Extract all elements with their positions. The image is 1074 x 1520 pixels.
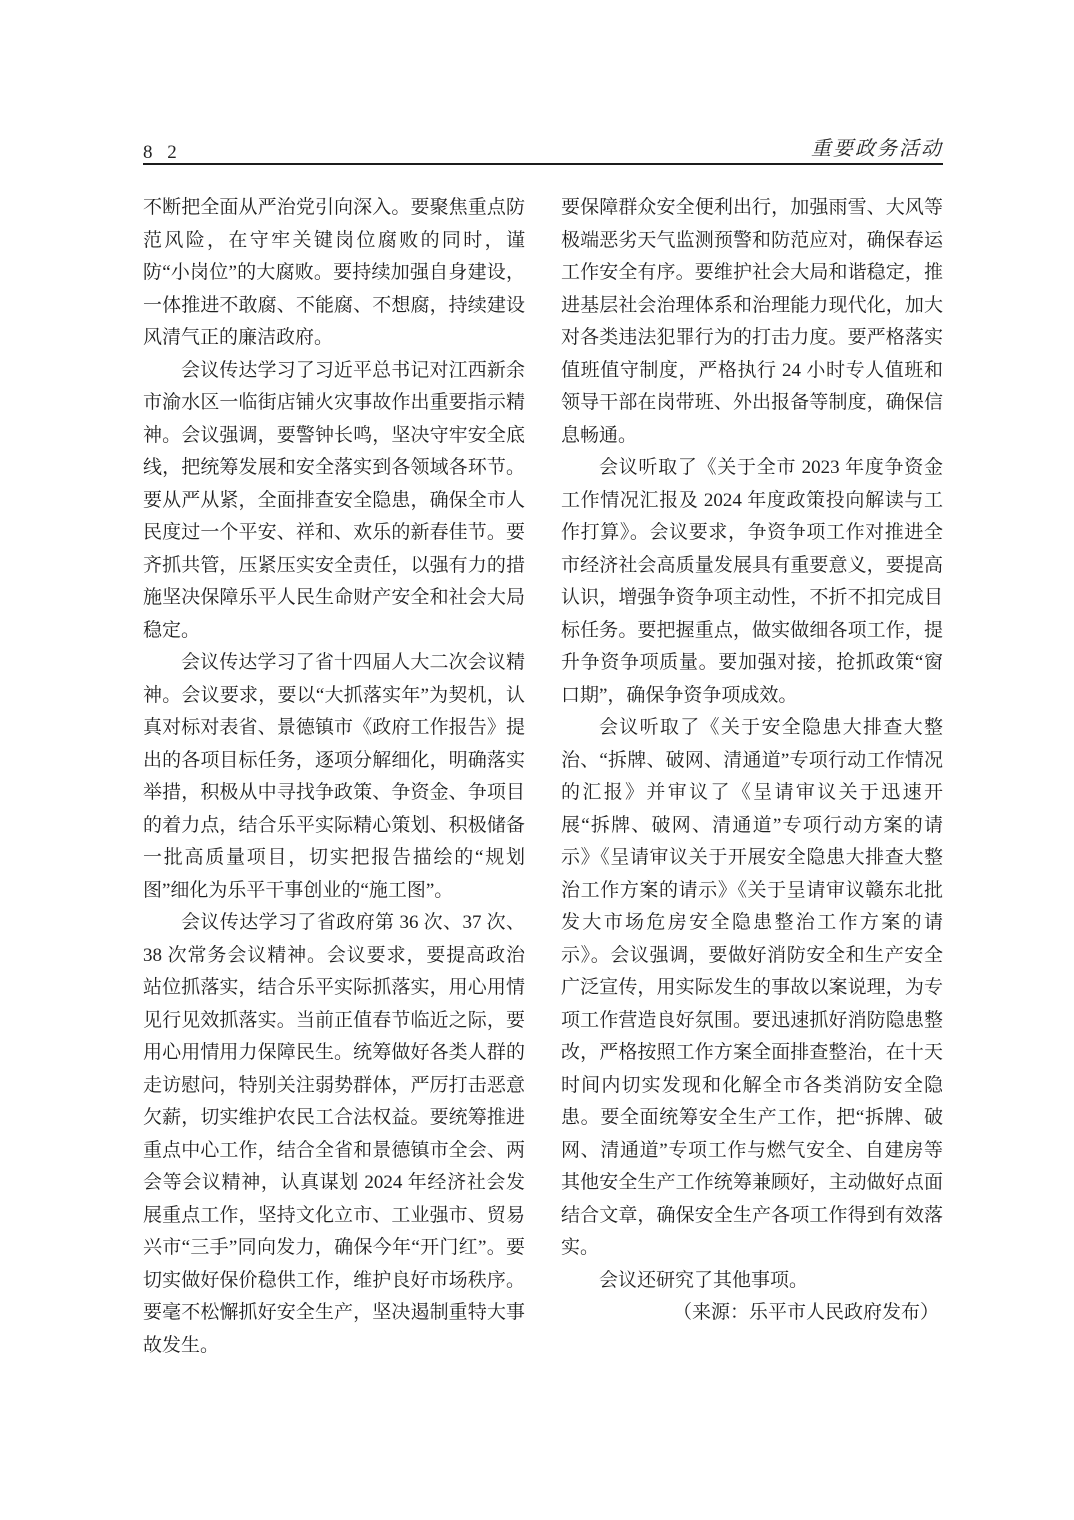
paragraph: 会议传达学习了省十四届人大二次会议精神。会议要求，要以“大抓落实年”为契机，认真… <box>143 647 525 907</box>
document-page: 8 2 重要政务活动 不断把全面从严治党引向深入。要聚焦重点防范风险，在守牢关键… <box>0 0 1074 1520</box>
section-title: 重要政务活动 <box>811 132 943 161</box>
source-attribution: （来源：乐平市人民政府发布） <box>561 1297 943 1330</box>
paragraph: 会议传达学习了省政府第 36 次、37 次、38 次常务会议精神。会议要求，要提… <box>143 907 525 1362</box>
paragraph: 会议传达学习了习近平总书记对江西新余市渝水区一临街店铺火灾事故作出重要指示精神。… <box>143 355 525 648</box>
left-column: 不断把全面从严治党引向深入。要聚焦重点防范风险，在守牢关键岗位腐败的同时，谨防“… <box>143 192 525 1362</box>
paragraph: 会议还研究了其他事项。 <box>561 1265 943 1298</box>
paragraph: 要保障群众安全便利出行，加强雨雪、大风等极端恶劣天气监测预警和防范应对，确保春运… <box>561 192 943 452</box>
page-number: 8 2 <box>143 142 182 164</box>
page-body: 不断把全面从严治党引向深入。要聚焦重点防范风险，在守牢关键岗位腐败的同时，谨防“… <box>143 192 943 1362</box>
right-column: 要保障群众安全便利出行，加强雨雪、大风等极端恶劣天气监测预警和防范应对，确保春运… <box>561 192 943 1362</box>
page-header: 8 2 重要政务活动 <box>143 132 943 165</box>
paragraph: 不断把全面从严治党引向深入。要聚焦重点防范风险，在守牢关键岗位腐败的同时，谨防“… <box>143 192 525 355</box>
paragraph: 会议听取了《关于安全隐患大排查大整治、“拆牌、破网、清通道”专项行动工作情况的汇… <box>561 712 943 1265</box>
paragraph: 会议听取了《关于全市 2023 年度争资金工作情况汇报及 2024 年度政策投向… <box>561 452 943 712</box>
